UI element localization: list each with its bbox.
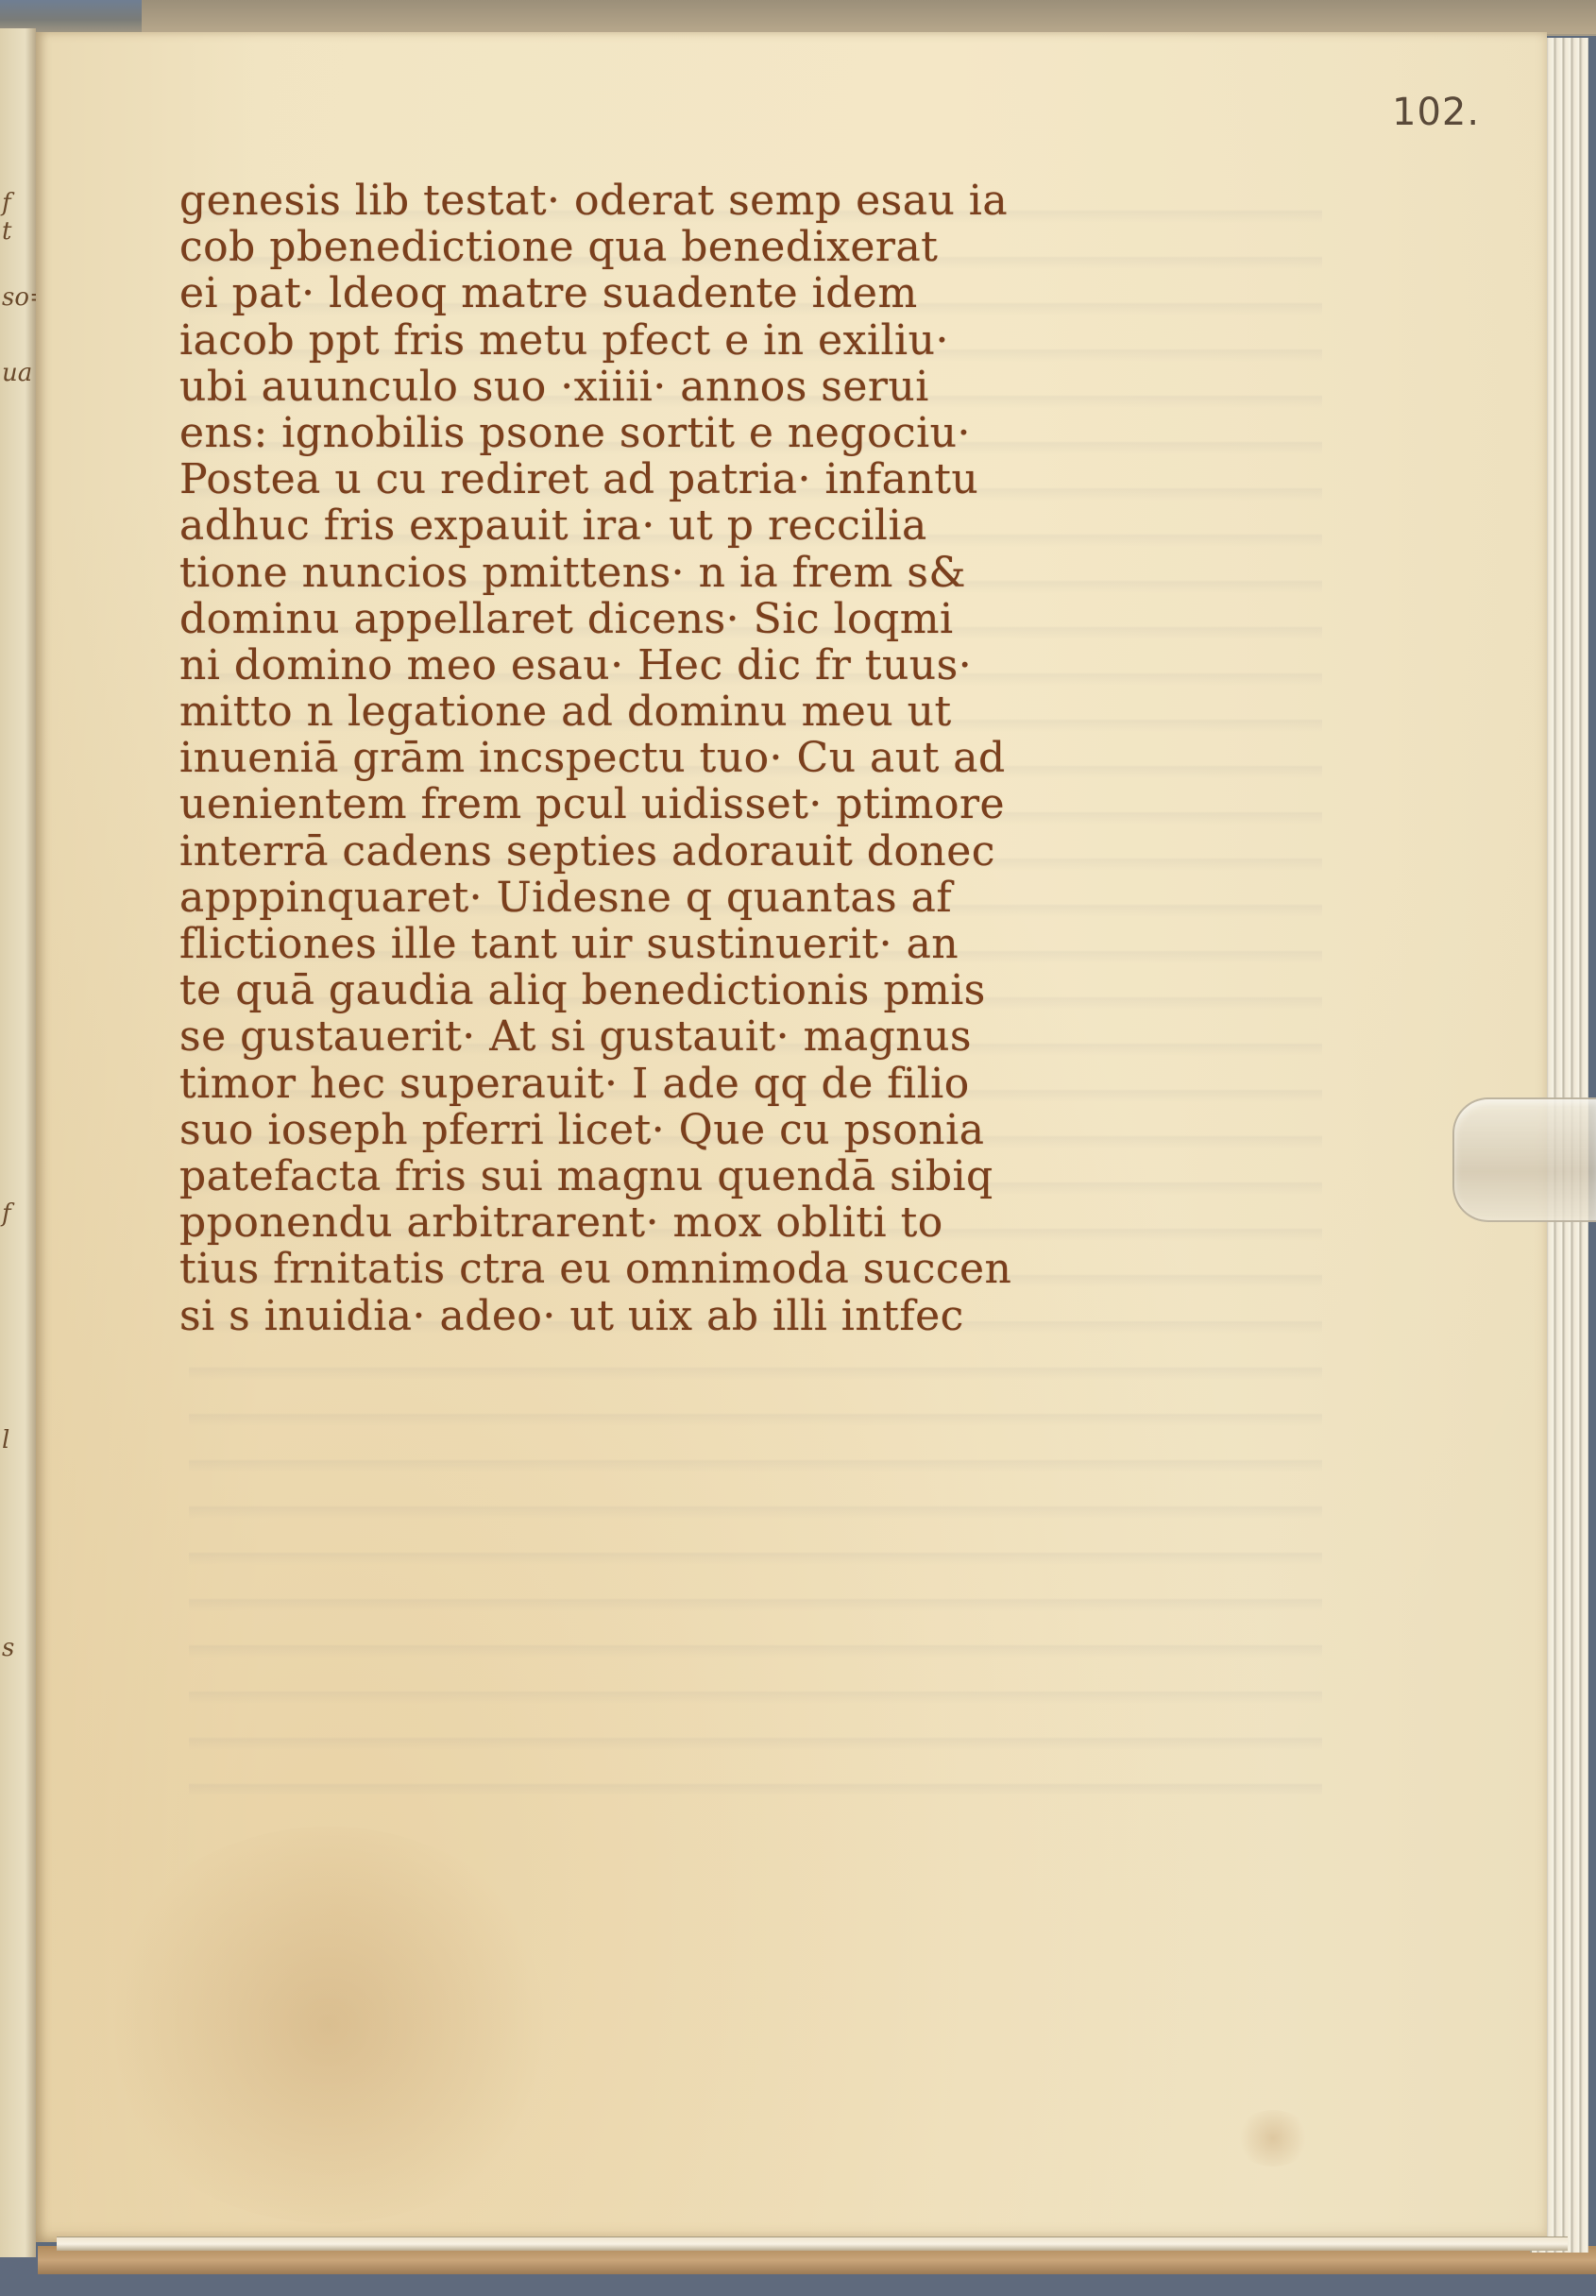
- stain: [1235, 2110, 1311, 2167]
- facing-page-fragment: ua: [2, 359, 32, 387]
- text-line: tione nuncios pmittens· n ia frem s&: [179, 550, 1313, 596]
- text-line: ens: ignobilis psone sortit e negociu·: [179, 410, 1313, 456]
- text-line: pponendu arbitrarent· mox obliti to: [179, 1199, 1313, 1246]
- text-line: dominu appellaret dicens· Sic loqmi: [179, 596, 1313, 642]
- text-line: interrā cadens septies adorauit donec: [179, 828, 1313, 875]
- facing-page-fragment: so=: [2, 283, 36, 312]
- text-line: adhuc fris expauit ira· ut p reccilia: [179, 502, 1313, 549]
- text-line: inueniā grām incspectu tuo· Cu aut ad: [179, 735, 1313, 781]
- text-line: ubi auunculo suo ·xiiii· annos serui: [179, 364, 1313, 410]
- text-line: Postea u cu rediret ad patria· infantu: [179, 456, 1313, 502]
- text-line: apppinquaret· Uidesne q quantas af: [179, 875, 1313, 921]
- facing-page-fragment: f: [2, 189, 11, 217]
- page-bottom-edges: [57, 2236, 1568, 2251]
- text-line: ei pat· ldeoq matre suadente idem: [179, 270, 1313, 316]
- facing-page-fragment: f: [2, 1199, 11, 1228]
- page-tab[interactable]: [1452, 1097, 1596, 1222]
- text-line: cob pbenedictione qua benedixerat: [179, 224, 1313, 270]
- facing-page-fragment: t: [2, 217, 11, 246]
- text-line: suo ioseph pferri licet· Que cu psonia: [179, 1107, 1313, 1153]
- text-line: mitto n legatione ad dominu meu ut: [179, 689, 1313, 735]
- text-line: timor hec superauit· I ade qq de filio: [179, 1061, 1313, 1107]
- stain: [93, 1827, 565, 2223]
- text-line: se gustauerit· At si gustauit· magnus: [179, 1013, 1313, 1060]
- text-line: ni domino meo esau· Hec dic fr tuus·: [179, 642, 1313, 689]
- text-line: uenientem frem pcul uidisset· ptimore: [179, 781, 1313, 827]
- facing-page: f t so= ua f l s: [0, 28, 36, 2257]
- text-line: iacob ppt fris metu pfect e in exiliu·: [179, 317, 1313, 364]
- text-line: te quā gaudia aliq benedictionis pmis: [179, 967, 1313, 1013]
- book-binding-top: [142, 0, 1596, 34]
- facing-page-fragment: s: [2, 1634, 14, 1662]
- text-line: genesis lib testat· oderat semp esau ia: [179, 178, 1313, 224]
- text-line: flictiones ille tant uir sustinuerit· an: [179, 921, 1313, 967]
- text-line: tius frnitatis ctra eu omnimoda succen: [179, 1246, 1313, 1292]
- text-line: si s inuidia· adeo· ut uix ab illi intfe…: [179, 1293, 1313, 1339]
- text-line: patefacta fris sui magnu quendā sibiq: [179, 1153, 1313, 1199]
- folio-number: 102.: [1392, 91, 1480, 134]
- facing-page-fragment: l: [2, 1426, 9, 1454]
- manuscript-text: genesis lib testat· oderat semp esau ia …: [179, 178, 1313, 1339]
